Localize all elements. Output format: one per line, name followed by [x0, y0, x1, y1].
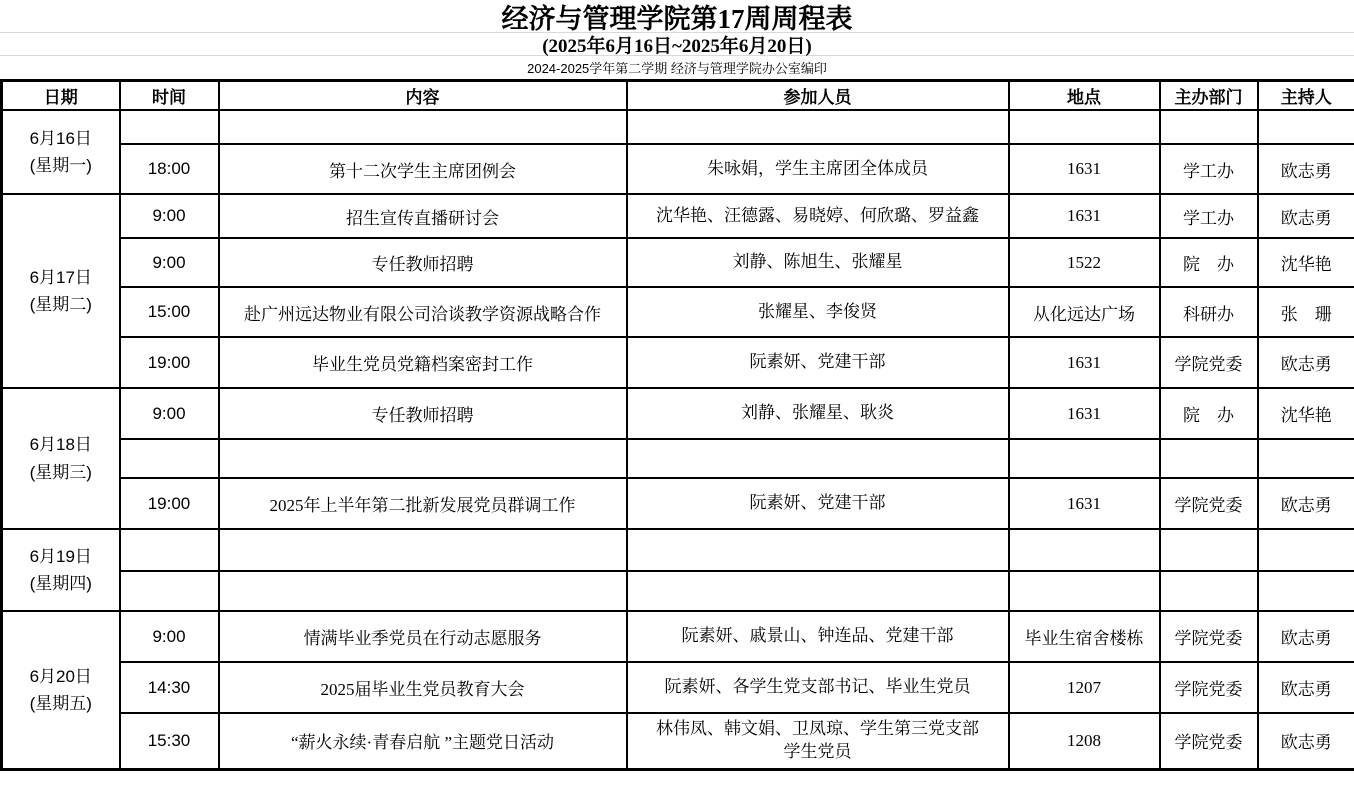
table-row: 19:00 2025年上半年第二批新发展党员群调工作 阮素妍、党建干部 1631… — [2, 478, 1354, 529]
cell-department: 学院党委 — [1160, 337, 1258, 388]
table-row — [2, 571, 1354, 611]
cell-participants: 刘静、陈旭生、张耀星 — [627, 238, 1009, 287]
cell-content: 2025年上半年第二批新发展党员群调工作 — [219, 478, 627, 529]
cell-location: 1522 — [1009, 238, 1160, 287]
cell-location: 1208 — [1009, 713, 1160, 769]
table-row: 19:00 毕业生党员党籍档案密封工作 阮素妍、党建干部 1631 学院党委 欧… — [2, 337, 1354, 388]
cell-participants: 张耀星、李俊贤 — [627, 287, 1009, 337]
cell-participants: 阮素妍、戚景山、钟连品、党建干部 — [627, 611, 1009, 662]
cell-location: 1631 — [1009, 144, 1160, 194]
cell-department: 学院党委 — [1160, 713, 1258, 769]
column-header-date: 日期 — [2, 81, 120, 111]
cell-participants: 阮素妍、党建干部 — [627, 478, 1009, 529]
table-row: 6月17日 (星期二) 9:00 招生宣传直播研讨会 沈华艳、汪德露、易晓婷、何… — [2, 194, 1354, 238]
cell-location — [1009, 439, 1160, 478]
cell-host: 沈华艳 — [1258, 238, 1354, 287]
cell-time: 15:30 — [120, 713, 219, 769]
cell-location — [1009, 529, 1160, 571]
cell-content: 第十二次学生主席团例会 — [219, 144, 627, 194]
weekday-label: (星期五) — [7, 690, 115, 717]
cell-host: 欧志勇 — [1258, 611, 1354, 662]
cell-department — [1160, 571, 1258, 611]
cell-host — [1258, 110, 1354, 144]
column-header-participants: 参加人员 — [627, 81, 1009, 111]
cell-department: 学院党委 — [1160, 611, 1258, 662]
weekly-schedule-table: 日期 时间 内容 参加人员 地点 主办部门 主持人 6月16日 (星期一) 18… — [0, 79, 1354, 771]
cell-host: 欧志勇 — [1258, 144, 1354, 194]
cell-department — [1160, 529, 1258, 571]
date-label: 6月19日 — [7, 543, 115, 570]
column-header-content: 内容 — [219, 81, 627, 111]
cell-host — [1258, 439, 1354, 478]
cell-content — [219, 439, 627, 478]
weekday-label: (星期一) — [7, 152, 115, 179]
cell-location: 1631 — [1009, 388, 1160, 439]
cell-participants: 朱咏娟，学生主席团全体成员 — [627, 144, 1009, 194]
cell-participants — [627, 439, 1009, 478]
cell-participants: 沈华艳、汪德露、易晓婷、何欣璐、罗益鑫 — [627, 194, 1009, 238]
date-label: 6月18日 — [7, 431, 115, 458]
cell-time — [120, 529, 219, 571]
table-row: 18:00 第十二次学生主席团例会 朱咏娟，学生主席团全体成员 1631 学工办… — [2, 144, 1354, 194]
cell-host: 欧志勇 — [1258, 662, 1354, 713]
cell-time: 15:00 — [120, 287, 219, 337]
column-header-time: 时间 — [120, 81, 219, 111]
column-header-department: 主办部门 — [1160, 81, 1258, 111]
column-header-location: 地点 — [1009, 81, 1160, 111]
cell-time: 9:00 — [120, 194, 219, 238]
cell-location: 1631 — [1009, 194, 1160, 238]
cell-time — [120, 110, 219, 144]
date-cell-monday: 6月16日 (星期一) — [2, 110, 120, 194]
cell-host: 张 珊 — [1258, 287, 1354, 337]
cell-location: 1631 — [1009, 337, 1160, 388]
cell-department: 学工办 — [1160, 194, 1258, 238]
table-row: 15:00 赴广州远达物业有限公司洽谈教学资源战略合作 张耀星、李俊贤 从化远达… — [2, 287, 1354, 337]
schedule-page: 经济与管理学院第17周周程表 (2025年6月16日~2025年6月20日) 2… — [0, 0, 1354, 796]
table-row: 6月20日 (星期五) 9:00 情满毕业季党员在行动志愿服务 阮素妍、戚景山、… — [2, 611, 1354, 662]
cell-host — [1258, 571, 1354, 611]
cell-department: 学院党委 — [1160, 662, 1258, 713]
cell-participants: 刘静、张耀星、耿炎 — [627, 388, 1009, 439]
table-row: 6月16日 (星期一) — [2, 110, 1354, 144]
cell-time — [120, 571, 219, 611]
table-header-row: 日期 时间 内容 参加人员 地点 主办部门 主持人 — [2, 81, 1354, 111]
cell-content: 专任教师招聘 — [219, 388, 627, 439]
cell-host: 欧志勇 — [1258, 478, 1354, 529]
date-cell-thursday: 6月19日 (星期四) — [2, 529, 120, 611]
cell-location: 从化远达广场 — [1009, 287, 1160, 337]
cell-host: 欧志勇 — [1258, 194, 1354, 238]
cell-time: 9:00 — [120, 611, 219, 662]
cell-department — [1160, 110, 1258, 144]
table-row: 14:30 2025届毕业生党员教育大会 阮素妍、各学生党支部书记、毕业生党员 … — [2, 662, 1354, 713]
cell-content — [219, 529, 627, 571]
column-header-host: 主持人 — [1258, 81, 1354, 111]
cell-time: 19:00 — [120, 478, 219, 529]
cell-participants — [627, 571, 1009, 611]
cell-department — [1160, 439, 1258, 478]
cell-location: 毕业生宿舍楼栋 — [1009, 611, 1160, 662]
cell-location — [1009, 110, 1160, 144]
cell-content: 毕业生党员党籍档案密封工作 — [219, 337, 627, 388]
cell-content: 情满毕业季党员在行动志愿服务 — [219, 611, 627, 662]
date-cell-wednesday: 6月18日 (星期三) — [2, 388, 120, 529]
cell-content: 专任教师招聘 — [219, 238, 627, 287]
table-row: 9:00 专任教师招聘 刘静、陈旭生、张耀星 1522 院 办 沈华艳 — [2, 238, 1354, 287]
cell-department: 科研办 — [1160, 287, 1258, 337]
cell-host — [1258, 529, 1354, 571]
cell-time: 9:00 — [120, 388, 219, 439]
cell-content — [219, 110, 627, 144]
page-title: 经济与管理学院第17周周程表 — [0, 0, 1354, 33]
cell-content: 招生宣传直播研讨会 — [219, 194, 627, 238]
date-label: 6月16日 — [7, 125, 115, 152]
date-cell-friday: 6月20日 (星期五) — [2, 611, 120, 769]
table-row — [2, 439, 1354, 478]
page-subtitle-daterange: (2025年6月16日~2025年6月20日) — [0, 33, 1354, 56]
cell-participants: 林伟凤、韩文娟、卫凤琼、学生第三党支部 学生党员 — [627, 713, 1009, 769]
date-cell-tuesday: 6月17日 (星期二) — [2, 194, 120, 388]
cell-time: 9:00 — [120, 238, 219, 287]
cell-department: 院 办 — [1160, 388, 1258, 439]
weekday-label: (星期四) — [7, 570, 115, 597]
table-row: 6月18日 (星期三) 9:00 专任教师招聘 刘静、张耀星、耿炎 1631 院… — [2, 388, 1354, 439]
cell-host: 欧志勇 — [1258, 337, 1354, 388]
cell-time: 14:30 — [120, 662, 219, 713]
cell-time — [120, 439, 219, 478]
cell-participants: 阮素妍、党建干部 — [627, 337, 1009, 388]
cell-participants: 阮素妍、各学生党支部书记、毕业生党员 — [627, 662, 1009, 713]
cell-department: 学工办 — [1160, 144, 1258, 194]
cell-content: “薪火永续·青春启航 ”主题党日活动 — [219, 713, 627, 769]
cell-department: 院 办 — [1160, 238, 1258, 287]
cell-location: 1631 — [1009, 478, 1160, 529]
cell-time: 18:00 — [120, 144, 219, 194]
date-label: 6月20日 — [7, 663, 115, 690]
date-label: 6月17日 — [7, 264, 115, 291]
weekday-label: (星期三) — [7, 459, 115, 486]
table-row: 15:30 “薪火永续·青春启航 ”主题党日活动 林伟凤、韩文娟、卫凤琼、学生第… — [2, 713, 1354, 769]
cell-content: 赴广州远达物业有限公司洽谈教学资源战略合作 — [219, 287, 627, 337]
cell-host: 沈华艳 — [1258, 388, 1354, 439]
table-row: 6月19日 (星期四) — [2, 529, 1354, 571]
cell-content: 2025届毕业生党员教育大会 — [219, 662, 627, 713]
page-publisher-line: 2024-2025学年第二学期 经济与管理学院办公室编印 — [0, 56, 1354, 79]
weekday-label: (星期二) — [7, 291, 115, 318]
cell-participants — [627, 110, 1009, 144]
cell-time: 19:00 — [120, 337, 219, 388]
cell-host: 欧志勇 — [1258, 713, 1354, 769]
cell-content — [219, 571, 627, 611]
cell-department: 学院党委 — [1160, 478, 1258, 529]
cell-location — [1009, 571, 1160, 611]
cell-participants — [627, 529, 1009, 571]
cell-location: 1207 — [1009, 662, 1160, 713]
